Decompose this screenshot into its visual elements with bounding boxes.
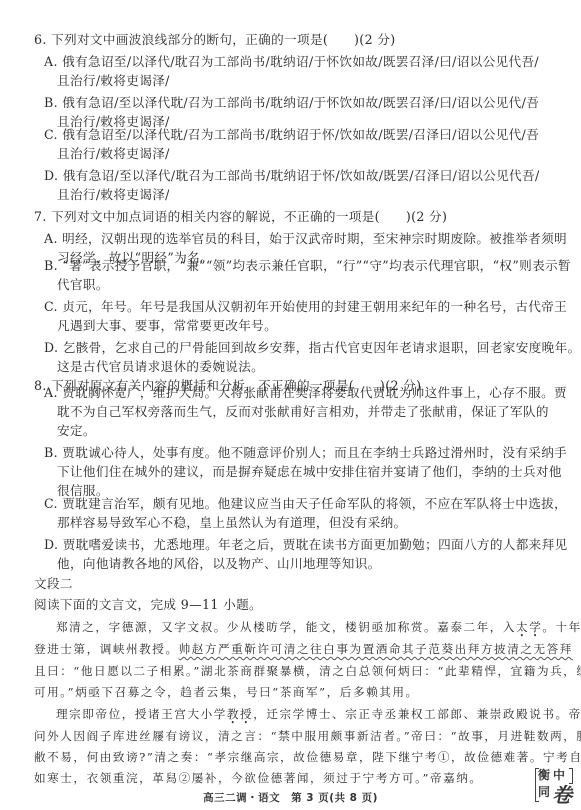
passage-p2-line1: 理宗即帝位，授诸王宫大小学教授，迁宗学博士、宗正寺丞兼权工部郎、兼崇政殿说书。帝	[56, 706, 581, 722]
q8-option-d-line2: 他，向他请教各地的风俗，以及物产、山川地理等知识。	[57, 556, 381, 572]
q6-stem: 6. 下列对文中画波浪线部分的断句，正确的一项是( )(2 分)	[34, 32, 396, 48]
exam-page: 6. 下列对文中画波浪线部分的断句，正确的一项是( )(2 分) A. 俄有急诏…	[0, 0, 581, 810]
emphasized-char: 学	[529, 620, 542, 634]
logo-char: 衡	[538, 766, 550, 783]
passage-text: 郑清之，字德源，又字文叔。少从楼昉学，能文，楼钥亟加称赏。嘉泰二年，入	[56, 620, 516, 634]
passage-text: 登进士第，调峡州教授。	[34, 642, 179, 656]
passage-p2-line2: 问外人因阎子库进丝屦有谤议，清之言：“禁中服用颇事新洁者。”帝曰：“故事，月进鞋…	[34, 728, 581, 744]
q6-option-d-line1: D. 俄有急诏/至以泽代/耽召为工部尚书/耽纳诏于怀/饮如故/既罢/召泽曰/诏以…	[44, 168, 540, 184]
hengzhong-tongjuan-logo: 衡 同 中 卷	[535, 766, 575, 804]
q7-option-d-line1: D. 乞骸骨，乞求自己的尸骨能回到故乡安葬，指古代官吏因年老请求退职，回老家安度…	[44, 340, 580, 356]
q6-option-d-line2: 且治行/敕将吏谒泽/	[57, 187, 170, 203]
passage-text: 。十年，	[542, 620, 581, 634]
passage-p1-line4: 可用。”炳亟下召募之令，趋者云集，号曰“茶商军”，后多赖其用。	[34, 684, 419, 700]
emphasized-char: 太	[516, 620, 529, 634]
q8-option-c-line1: C. 贾耽建言治军，颇有见地。他建议应当由天子任命军队的将领，不应在军队将士中选…	[44, 496, 567, 512]
q8-option-d-line1: D. 贾耽嗜爱读书，尤悉地理。年老之后，贾耽在读书方面更加勤勉；四面八方的人都来…	[44, 537, 568, 553]
q7-option-c-line1: C. 贞元，年号。年号是我国从汉朝初年开始使用的封建王朝用来纪年的一种名号，古代…	[44, 299, 567, 315]
q6-option-a-line2: 且治行/敕将吏谒泽/	[57, 73, 170, 89]
q8-option-a-line3: 安定。	[57, 423, 96, 439]
q8-option-a-line1: A. 贾耽胸怀宽广，维护大局。大将张献甫在樊泽将要取代贾耽为帅这件事上，心存不服…	[44, 385, 567, 401]
q8-option-a-line2: 耽不为自己军权旁落而生气，反而对张献甫好言相劝，并带走了张献甫，保证了军队的	[57, 404, 549, 420]
section2-title: 文段二	[34, 576, 73, 592]
q6-option-a-line1: A. 俄有急诏至/以泽代/耽召为工部尚书/耽纳诏/于怀饮如故/既罢召泽/曰/诏以…	[44, 54, 539, 70]
q7-option-a-line1: A. 明经，汉朝出现的选举官员的科目，始于汉武帝时期，至宋神宗时期废除。被推举者…	[44, 231, 567, 247]
passage-p1-line3: 且曰：“他日愿以二子相累。”湖北茶商群聚暴横，清之白总领何炳曰：“此辈精悍，宜籍…	[34, 663, 581, 679]
q7-option-c-line2: 凡遇到大事、要事，常常要更改年号。	[57, 318, 277, 334]
page-footer: 高三二调・语文 第 3 页(共 8 页)	[0, 790, 581, 805]
passage-p2-line3: 敝不易，何由致谤?”清之奏：“孝宗继高宗，故俭德易章，陛下继宁考①，故俭德难著。…	[34, 749, 581, 765]
passage-p1-line2: 登进士第，调峡州教授。帅赵方严重靳许可清之往白事为置酒命其子范葵出拜方披清之无答…	[34, 641, 573, 657]
passage-text: 理宗即帝位，授诸王宫大小学	[56, 707, 227, 721]
passage-p1-line1: 郑清之，字德源，又字文叔。少从楼昉学，能文，楼钥亟加称赏。嘉泰二年，入太学。十年…	[56, 619, 581, 635]
q7-option-b-line1: B. “署”表示授予官职，“兼”“领”均表示兼任官职，“行”“守”均表示代理官职…	[44, 258, 571, 274]
section2-instruction: 阅读下面的文言文，完成 9—11 小题。	[34, 597, 262, 613]
q6-option-c-line1: C. 俄有急诏至/以泽代耽/召为工部尚书/耽纳诏于怀/饮如故/既罢/召泽曰/诏以…	[44, 127, 539, 143]
q7-option-b-line2: 代官职。	[57, 277, 109, 293]
passage-p2-line4: 如寒士，衣领重浣，革舄②屡补，今欲俭德著闻，须过于宁考方可。”帝嘉纳。	[34, 770, 483, 786]
q8-option-b-line1: B. 贾耽诚心待人，处事有度。他不随意评价别人；而且在李纳士兵路过滑州时，没有采…	[44, 445, 567, 461]
emphasized-char: 授	[240, 707, 253, 721]
passage-text: ，迁宗学博士、宗正寺丞兼权工部郎、兼崇政殿说书。帝	[253, 707, 581, 721]
logo-char: 卷	[552, 779, 572, 808]
q6-option-c-line2: 且治行/敕将吏谒泽/	[57, 146, 170, 162]
emphasized-char: 教	[227, 707, 240, 721]
logo-char: 同	[538, 783, 550, 800]
q6-option-b-line1: B. 俄有急诏/至以泽代耽/召为工部尚书/耽纳诏/于怀饮如故/既罢召泽/曰/诏以…	[44, 95, 539, 111]
wavy-underlined-text: 帅赵方严重靳许可清之往白事为置酒命其子范葵出拜方披清之无答拜	[179, 642, 573, 656]
q7-stem: 7. 下列对文中加点词语的相关内容的解说，不正确的一项是( )(2 分)	[34, 209, 447, 225]
q8-option-c-line2: 那样容易导致军心不稳，皇上虽然认为有道理，但没有采纳。	[57, 515, 406, 531]
q7-option-d-line2: 这是古代官员请求退休的委婉说法。	[57, 359, 264, 375]
q8-option-b-line2: 下让他们住在城外的建议，而是摒弃疑虑在城中安排住宿并宴请了他们，李纳的士兵对他	[57, 464, 562, 480]
